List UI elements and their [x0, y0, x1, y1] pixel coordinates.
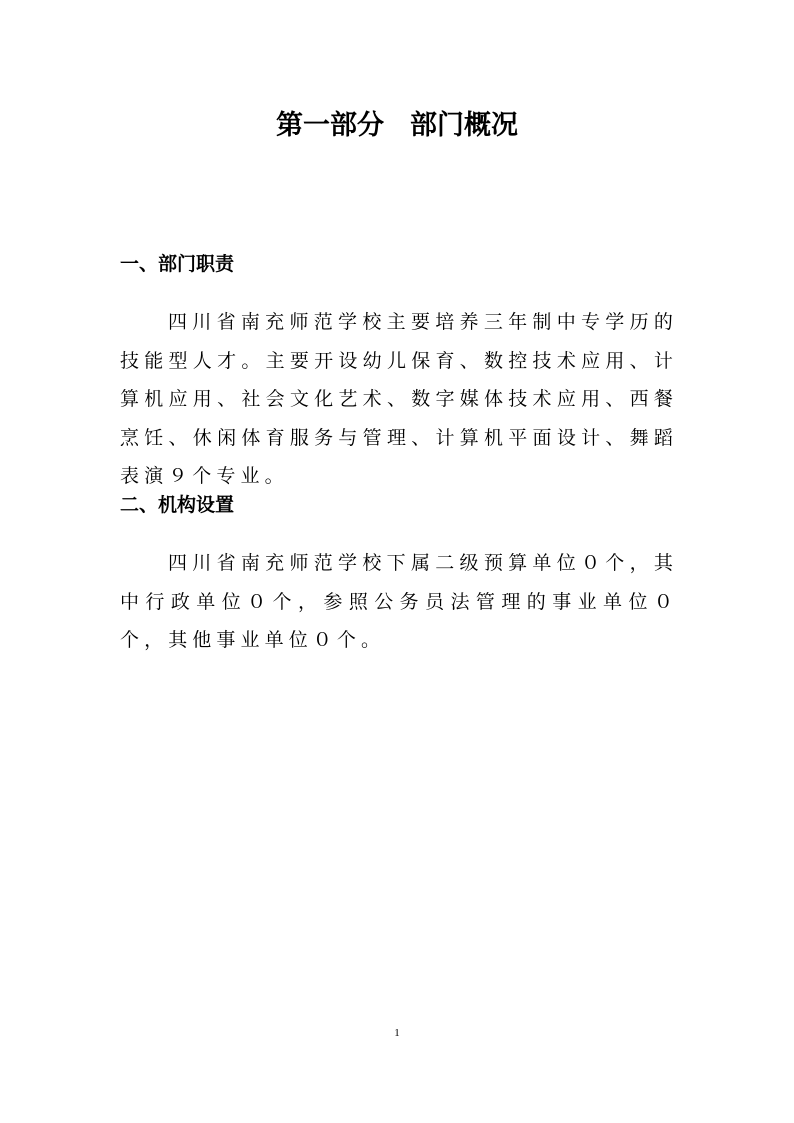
section-heading-responsibilities: 一、部门职责: [120, 251, 234, 277]
title-part: 第一部分: [276, 110, 384, 141]
title-name: 部门概况: [410, 110, 518, 141]
page-number: 1: [0, 1027, 794, 1039]
section-heading-organization: 二、机构设置: [120, 492, 234, 518]
section-paragraph-responsibilities: 四川省南充师范学校主要培养三年制中专学历的技能型人才。主要开设幼儿保育、数控技术…: [120, 303, 678, 496]
section-paragraph-organization: 四川省南充师范学校下属二级预算单位０个，其中行政单位０个，参照公务员法管理的事业…: [120, 544, 678, 660]
page-title: 第一部分部门概况: [0, 108, 794, 144]
document-page: 第一部分部门概况 一、部门职责 四川省南充师范学校主要培养三年制中专学历的技能型…: [0, 0, 794, 1123]
